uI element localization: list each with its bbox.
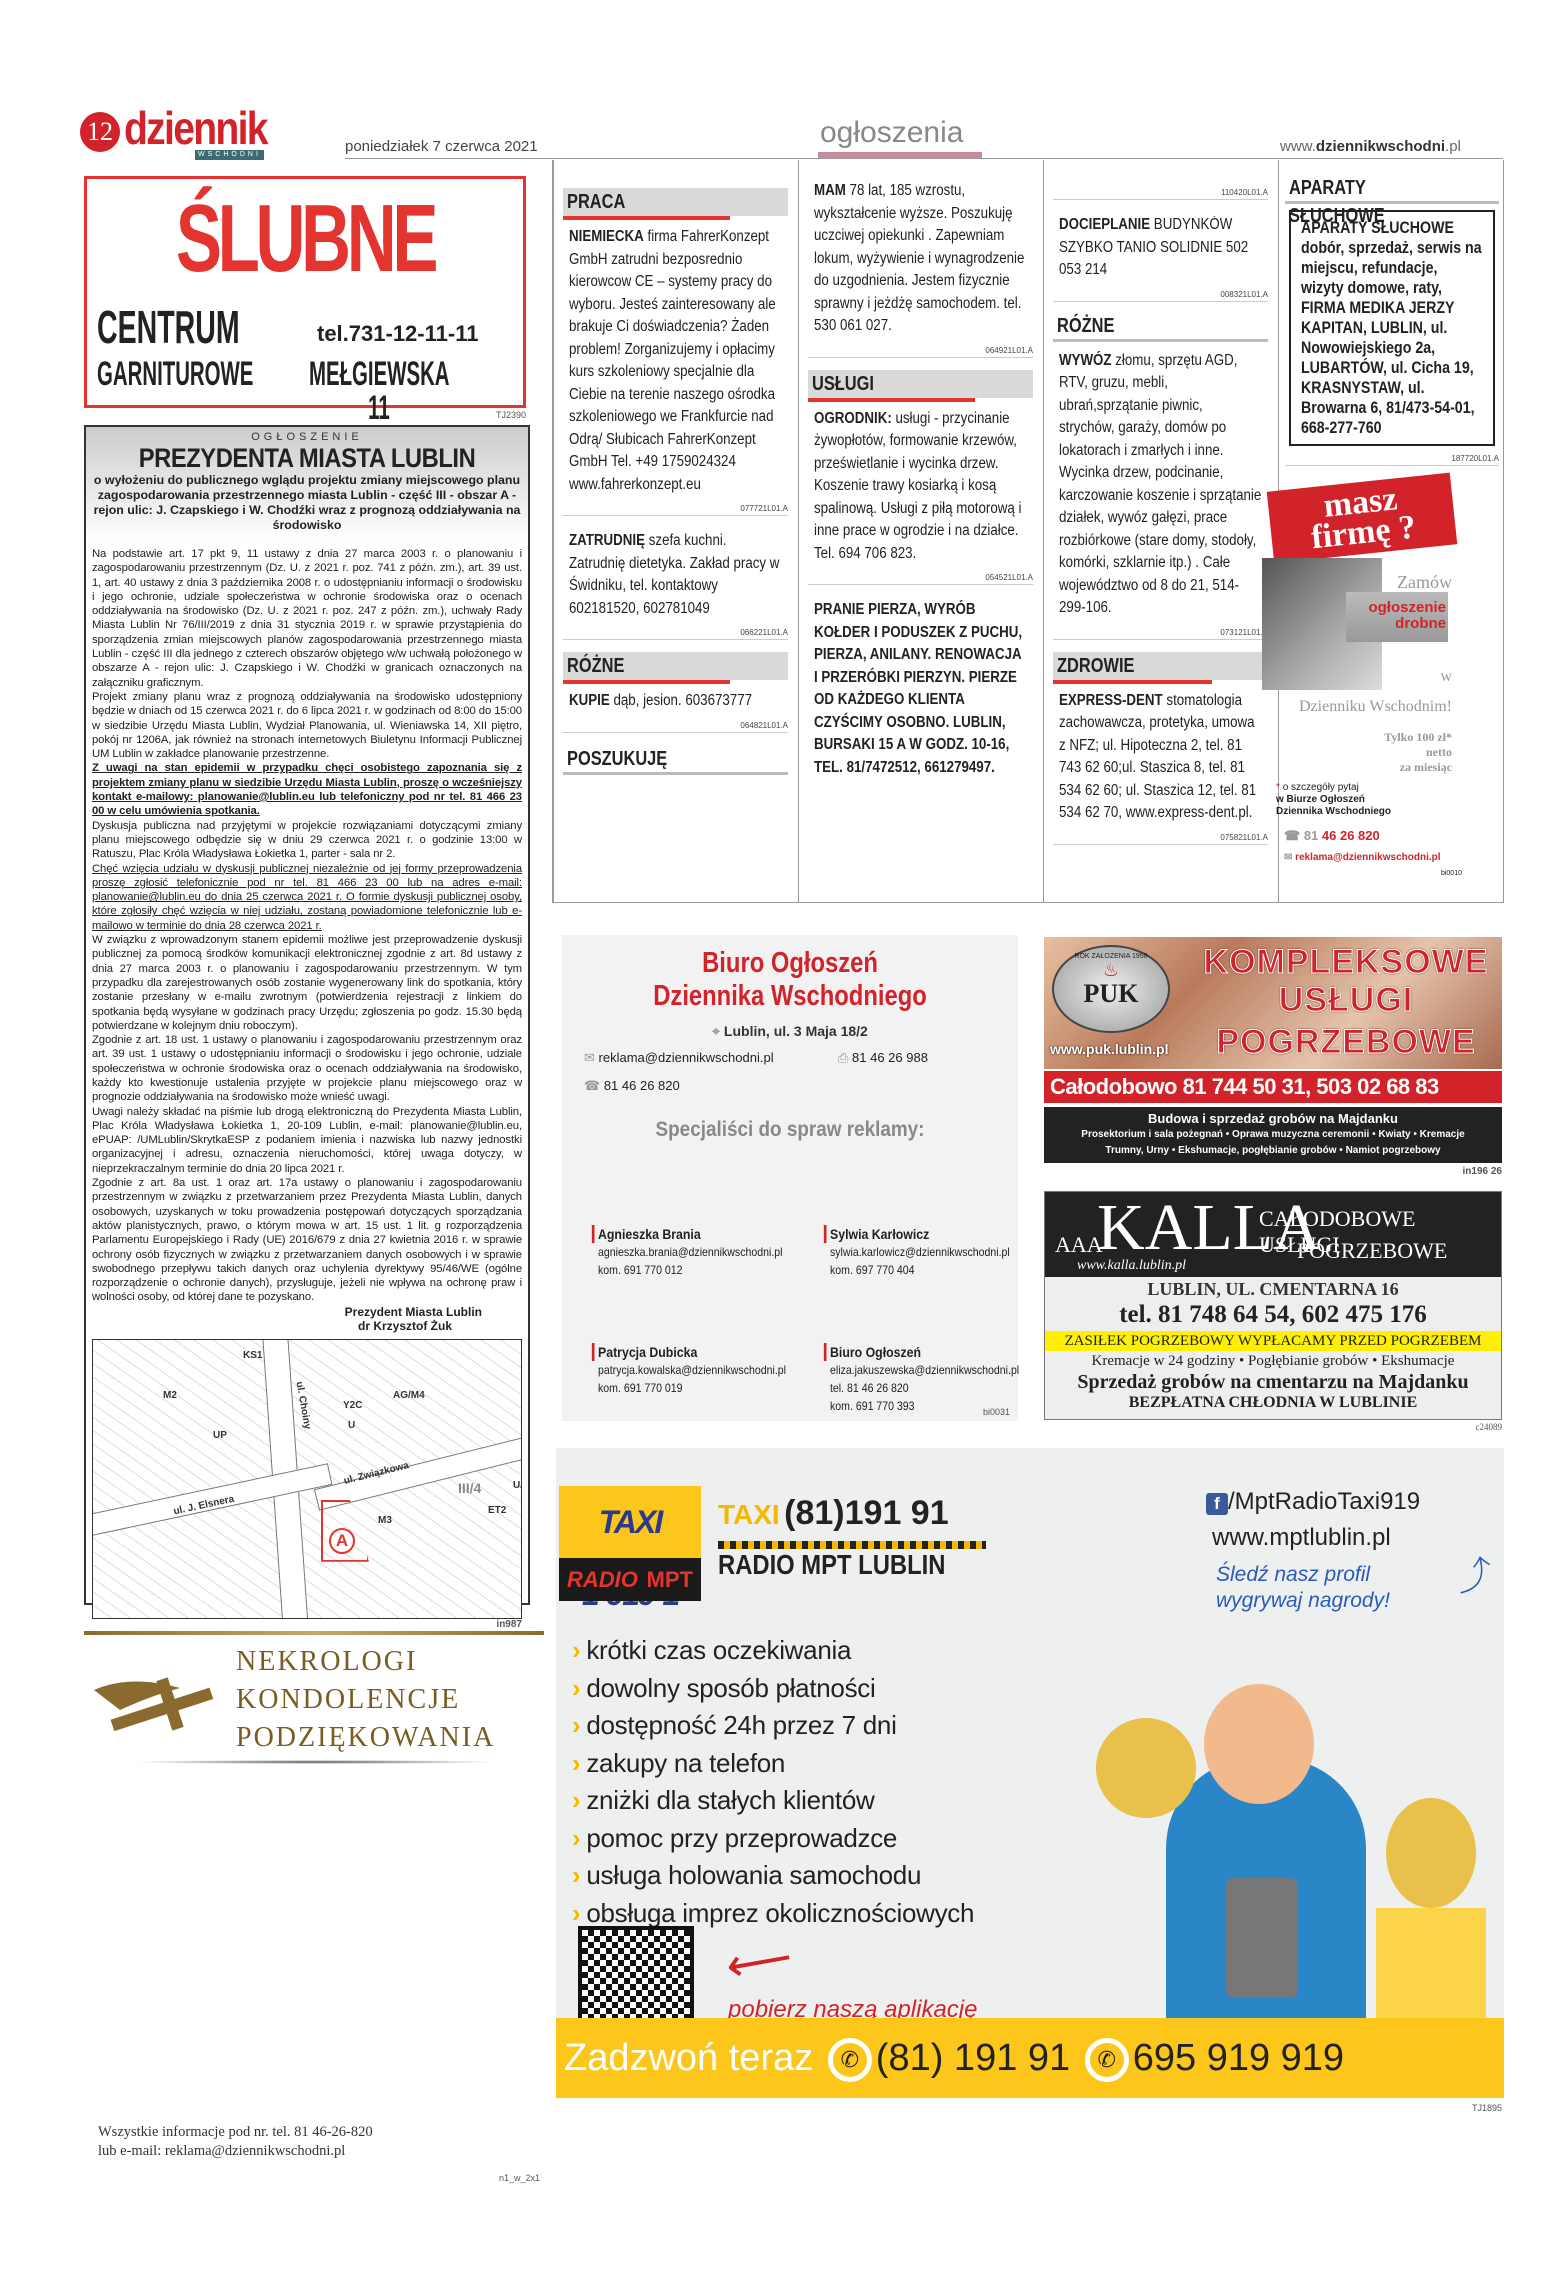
section-title: ogłoszenia — [820, 116, 963, 150]
classified-ad: DOCIEPLANIE BUDYNKÓW SZYBKO TANIO SOLIDN… — [1053, 200, 1268, 282]
thanks-line: PODZIĘKOWANIA — [236, 1719, 495, 1757]
slubne-garniturowe: GARNITUROWE — [97, 357, 253, 391]
zoning-map: KS1 UP M2 U Y2C ul. Choiny ul. Związkowa… — [92, 1339, 522, 1619]
map-label: ET2 — [488, 1505, 506, 1516]
specialist-card: Patrycja Dubickapatrycja.kowalska@dzienn… — [598, 1343, 786, 1397]
arrow-left-icon: ⟵ — [722, 1929, 796, 1994]
promo-email[interactable]: ✉ reklama@dziennikwschodni.pl — [1284, 852, 1441, 864]
envelope-icon: ✉ — [584, 1050, 595, 1065]
ad-code: 064921L01.A — [808, 344, 1033, 358]
puk-phone-bar: Całodobowo 81 744 50 31, 503 02 68 83 — [1044, 1071, 1502, 1103]
ad-office-email[interactable]: ✉ reklama@dziennikwschodni.pl — [584, 1050, 774, 1066]
classifieds-column: 110420L01.A DOCIEPLANIE BUDYNKÓW SZYBKO … — [1053, 160, 1268, 902]
announcement-paragraph: Zgodnie z art. 8a ust. 1 oraz art. 17a u… — [92, 1176, 522, 1305]
promo-note: * o szczegóły pytajw Biurze OgłoszeńDzie… — [1276, 782, 1391, 818]
envelope-icon: ✉ — [1284, 852, 1292, 863]
obituaries-phone: Wszystkie informacje pod nr. tel. 81 46-… — [98, 2123, 373, 2142]
ad-office-phone: ☎ 81 46 26 820 — [584, 1078, 680, 1094]
url-domain: dziennikwschodni — [1316, 138, 1445, 155]
slubne-address: MEŁGIEWSKA 11 — [309, 357, 449, 425]
announcement-paragraph: W związku z wprowadzonym stanem epidemii… — [92, 933, 522, 1033]
announcement-paragraph: Zgodnie z art. 18 ust. 1 ustawy o planow… — [92, 1033, 522, 1104]
map-label: Y2C — [343, 1400, 362, 1411]
feature-item: ›dowolny sposób płatności — [572, 1670, 974, 1708]
kalla-header: AAA KALLA www.kalla.lublin.pl CAŁODOBOWE… — [1045, 1192, 1501, 1277]
classified-ad: KUPIE dąb, jesion. 603673777 — [563, 680, 788, 713]
classified-ad: MAM 78 lat, 185 wzrostu, wykształcenie w… — [808, 160, 1033, 338]
url-prefix: www. — [1280, 138, 1316, 155]
section-heading-poszukuje: POSZUKUJĘ — [563, 745, 788, 773]
promo-price: Tylko 100 zł*nettoza miesiąc — [1384, 730, 1452, 775]
kalla-aaa: AAA — [1055, 1232, 1103, 1258]
obituaries-email[interactable]: lub e-mail: reklama@dziennikwschodni.pl — [98, 2142, 373, 2161]
ad-office-address: ⌖ Lublin, ul. 3 Maja 18/2 — [562, 1023, 1018, 1040]
city-announcement: OGŁOSZENIE PREZYDENTA MIASTA LUBLIN o wy… — [84, 425, 530, 1605]
puk-code: in196 26 — [1440, 1166, 1502, 1177]
slubne-headline: ŚLUBNE — [148, 189, 462, 289]
map-label: III/4 — [458, 1480, 481, 1496]
classifieds-column: MAM 78 lat, 185 wzrostu, wykształcenie w… — [808, 160, 1033, 902]
ad-office-contacts: ✉ reklama@dziennikwschodni.pl ⎙ 81 46 26… — [562, 1050, 1018, 1112]
kalla-code: c24089 — [1440, 1422, 1502, 1432]
gold-divider — [84, 1631, 544, 1635]
ad-office-panel: Biuro OgłoszeńDziennika Wschodniego ⌖ Lu… — [562, 935, 1018, 1421]
family-illustration — [1016, 1678, 1504, 2018]
classified-ad: PRANIE PIERZA, WYRÓB KOŁDER I PODUSZEK Z… — [808, 585, 1033, 779]
map-label: UP — [213, 1430, 227, 1441]
feature-item: ›zniżki dla stałych klientów — [572, 1782, 974, 1820]
ad-office-title: Biuro OgłoszeńDziennika Wschodniego — [603, 947, 977, 1013]
puk-funeral-ad: ROK ZAŁOŻENIA 1958 ♨ PUK www.puk.lublin.… — [1044, 937, 1502, 1163]
classified-ad: NIEMIECKA firma FahrerKonzept GmbH zatru… — [563, 216, 788, 496]
feature-item: ›pomoc przy przeprowadzce — [572, 1820, 974, 1858]
call-bar: Zadzwoń teraz ✆(81) 191 91 ✆695 919 919 — [556, 2018, 1504, 2098]
call-label: Zadzwoń teraz — [564, 2037, 813, 2079]
location-pin-icon: ⌖ — [712, 1023, 720, 1039]
taxi-code: TJ1895 — [1440, 2103, 1502, 2113]
classified-ad: WYWÓZ złomu, sprzętu AGD, RTV, gruzu, me… — [1053, 340, 1268, 620]
announcement-paragraph: Dyskusja publiczna nad przyjętymi w proj… — [92, 819, 522, 862]
ad-code: 077721L01.A — [563, 502, 788, 516]
feature-item: ›usługa holowania samochodu — [572, 1857, 974, 1895]
condolences-line: KONDOLENCJE — [236, 1681, 495, 1719]
slubne-code: TJ2390 — [460, 410, 526, 420]
section-heading-zdrowie: ZDROWIE — [1053, 652, 1268, 680]
kalla-details: LUBLIN, UL. CMENTARNA 16 tel. 81 748 64 … — [1045, 1277, 1501, 1419]
feature-item: ›krótki czas oczekiwania — [572, 1632, 974, 1670]
taxi-website[interactable]: www.mptlublin.pl — [1212, 1524, 1391, 1552]
call-phone-2[interactable]: 695 919 919 — [1133, 2037, 1344, 2079]
promo-w: w — [1440, 668, 1452, 686]
obituaries-code: n1_w_2x1 — [470, 2173, 540, 2183]
announcement-paragraph: Na podstawie art. 17 pkt 9, 11 ustawy z … — [92, 547, 522, 690]
kalla-url[interactable]: www.kalla.lublin.pl — [1077, 1258, 1186, 1274]
announcement-paragraph: Uwagi należy składać na piśmie lub drogą… — [92, 1105, 522, 1176]
map-label: AG/M4 — [393, 1390, 425, 1401]
announcement-body: Na podstawie art. 17 pkt 9, 11 ustawy z … — [92, 547, 522, 1305]
call-phone-1[interactable]: (81) 191 91 — [876, 2037, 1070, 2079]
section-heading-uslugi: USŁUGI — [808, 370, 1033, 398]
classified-ad: ZATRUDNIĘ szefa kuchni. Zatrudnię dietet… — [563, 516, 788, 620]
facebook-icon: f — [1206, 1493, 1228, 1515]
facebook-link[interactable]: f/MptRadioTaxi919 — [1206, 1488, 1420, 1516]
section-heading-rozne: RÓŻNE — [1053, 312, 1268, 340]
section-heading-aparaty: APARATY SŁUCHOWE — [1285, 174, 1499, 202]
map-label: U/SR1 — [513, 1480, 522, 1491]
kalla-service: POGRZEBOWE — [1297, 1238, 1447, 1264]
page-number: 12 — [80, 112, 120, 152]
url-suffix: .pl — [1445, 138, 1461, 155]
classifieds-column: PRACA NIEMIECKA firma FahrerKonzept GmbH… — [563, 188, 788, 902]
announcement-header: OGŁOSZENIE PREZYDENTA MIASTA LUBLIN o wy… — [86, 427, 528, 541]
announcement-paragraph: Z uwagi na stan epidemii w przypadku chę… — [92, 761, 522, 818]
ad-code: 075821L01.A — [1053, 831, 1268, 845]
arrow-up-icon: ⤴ — [1452, 1545, 1496, 1601]
announcement-code: in987 — [92, 1619, 522, 1630]
map-label: M2 — [163, 1390, 177, 1401]
puk-headline: USŁUGI — [1196, 983, 1496, 1017]
ad-code: 066221L01.A — [563, 626, 788, 640]
ad-code: 008321L01.A — [1053, 288, 1268, 302]
announcement-pre: OGŁOSZENIE — [92, 431, 522, 443]
classified-ad: EXPRESS-DENT stomatologia zachowawcza, p… — [1053, 680, 1268, 825]
slubne-centrum: CENTRUM — [97, 304, 240, 350]
ad-code: 073121L01.A — [1053, 626, 1268, 640]
taxi-logo-1: TAXI 1·919·1 RADIOMPT — [559, 1486, 701, 1601]
issue-date: poniedziałek 7 czerwca 2021 — [345, 138, 538, 155]
signature-title: Prezydent Miasta Lublin — [92, 1305, 522, 1319]
masz-firme-promo: maszfirmę ? Zamów ogłoszeniedrobne w Dzi… — [1262, 472, 1470, 882]
follow-text: Śledź nasz profilwygrywaj nagrody! — [1216, 1562, 1390, 1614]
newspaper-logo[interactable]: dziennik — [124, 104, 267, 152]
map-label: U — [348, 1420, 355, 1431]
classified-ad: OGRODNIK: usługi - przycinanie żywopłotó… — [808, 398, 1033, 566]
phone-icon: ✆ — [1085, 2038, 1129, 2082]
promo-headline: maszfirmę ? — [1267, 473, 1458, 564]
puk-headline: KOMPLEKSOWE — [1196, 945, 1496, 979]
slubne-ad: ŚLUBNE CENTRUM GARNITUROWE tel.731-12-11… — [84, 176, 526, 408]
announcement-paragraph: Projekt zmiany planu wraz z prognozą odd… — [92, 690, 522, 761]
puk-url[interactable]: www.puk.lublin.pl — [1050, 1041, 1168, 1057]
slubne-phone: tel.731-12-11-11 — [317, 323, 478, 345]
phone-icon: ☎ — [1284, 828, 1300, 843]
puk-headline: POGRZEBOWE — [1196, 1025, 1496, 1059]
hearing-aids-ad: APARATY SŁUCHOWE dobór, sprzedaż, serwis… — [1289, 210, 1495, 446]
obituaries-line: NEKROLOGI — [236, 1643, 495, 1681]
obituaries-info: Wszystkie informacje pod nr. tel. 81 46-… — [98, 2123, 373, 2161]
header-rule — [345, 158, 1503, 159]
promo-zamow: Zamów — [1397, 572, 1452, 593]
announcement-subtitle: o wyłożeniu do publicznego wglądu projek… — [92, 473, 522, 533]
specialists-heading: Specjaliści do spraw reklamy: — [585, 1118, 995, 1142]
ad-code: 187720L01.A — [1285, 452, 1499, 466]
decorative-shadow — [130, 1760, 500, 1764]
ad-code: 110420L01.A — [1053, 186, 1268, 200]
kalla-funeral-ad: AAA KALLA www.kalla.lublin.pl CAŁODOBOWE… — [1044, 1191, 1502, 1420]
announcement-title: PREZYDENTA MIASTA LUBLIN — [118, 443, 496, 473]
specialist-card: Sylwia Karłowiczsylwia.karlowicz@dzienni… — [830, 1225, 1010, 1279]
ad-office-code: bi0031 — [983, 1407, 1010, 1417]
specialist-card: Agnieszka Braniaagnieszka.brania@dzienni… — [598, 1225, 782, 1279]
site-url[interactable]: www.dziennikwschodni.pl — [1280, 138, 1461, 155]
fax-icon: ⎙ — [838, 1050, 848, 1065]
map-label: M3 — [378, 1515, 392, 1526]
ad-code: 064821L01.A — [563, 719, 788, 733]
map-label: KS1 — [243, 1350, 262, 1361]
section-heading-praca: PRACA — [563, 188, 788, 216]
map-label: ul. Choiny — [294, 1380, 313, 1430]
promo-card: ogłoszeniedrobne — [1346, 592, 1448, 642]
specialist-card: Biuro Ogłoszeńeliza.jakuszewska@dziennik… — [830, 1343, 1019, 1415]
newspaper-logo-sub: WSCHODNI — [195, 150, 264, 160]
plan-area-marker: A — [329, 1528, 355, 1554]
puk-logo: ROK ZAŁOŻENIA 1958 ♨ PUK — [1052, 945, 1170, 1033]
promo-phone: ☎ 81 46 26 820 — [1284, 830, 1380, 842]
taxi-logo-2: TAXI (81)191 91 RADIO MPT LUBLIN — [718, 1494, 986, 1581]
section-heading-rozne: RÓŻNE — [563, 652, 788, 680]
cross-palm-icon — [90, 1670, 216, 1740]
ad-office-fax: ⎙ 81 46 26 988 — [838, 1050, 928, 1066]
phone-icon: ☎ — [584, 1078, 600, 1093]
obituaries-heading: NEKROLOGI KONDOLENCJE PODZIĘKOWANIA — [236, 1643, 495, 1757]
feature-item: ›dostępność 24h przez 7 dni — [572, 1707, 974, 1745]
puk-services: Budowa i sprzedaż grobów na Majdanku Pro… — [1044, 1107, 1502, 1163]
map-road — [314, 1431, 522, 1510]
promo-dziennik: Dzienniku Wschodnim! — [1299, 698, 1452, 716]
taxi-features: ›krótki czas oczekiwania ›dowolny sposób… — [572, 1632, 974, 1932]
ad-code: 054521L01.A — [808, 571, 1033, 585]
promo-code: bi0010 — [1441, 868, 1462, 880]
signature-name: dr Krzysztof Żuk — [92, 1319, 522, 1333]
taxi-ad: TAXI 1·919·1 RADIOMPT TAXI (81)191 91 RA… — [556, 1448, 1504, 2098]
phone-icon: ✆ — [828, 2038, 872, 2082]
announcement-paragraph: Chęć wzięcia udziału w dyskusji publiczn… — [92, 862, 522, 933]
feature-item: ›zakupy na telefon — [572, 1745, 974, 1783]
